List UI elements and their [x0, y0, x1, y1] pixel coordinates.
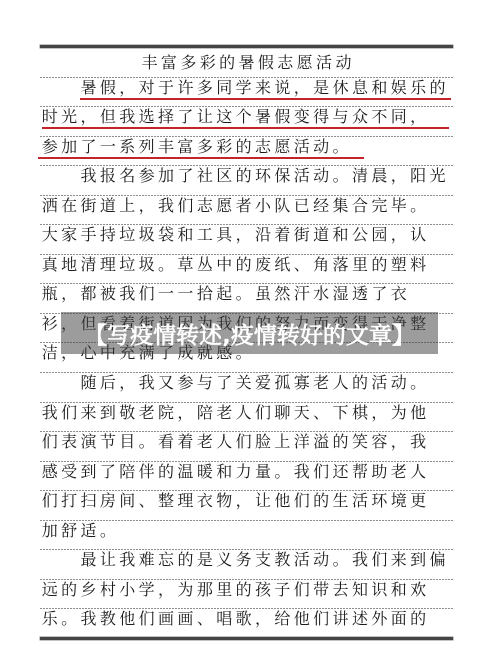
glyph: 助 [370, 462, 389, 482]
glyph: 参 [137, 166, 156, 186]
glyph: 他 [292, 609, 311, 629]
line-text: 参加了一系列丰富多彩的志愿活动。 [40, 137, 350, 157]
glyph: 画 [176, 609, 195, 629]
glyph: 小 [118, 580, 137, 600]
glyph: 着 [176, 432, 195, 452]
glyph: 丛 [195, 255, 214, 275]
glyph: 暑 [253, 107, 272, 127]
text-line: 最让我难忘的是义务支教活动。我们来到偏 [40, 550, 453, 580]
glyph: 目 [118, 432, 137, 452]
glyph: 识 [370, 580, 389, 600]
text-line: 瓶，都被我们一一拾起。虽然汗水湿透了衣 [40, 284, 453, 314]
glyph: 园 [370, 225, 389, 245]
glyph: 动 [311, 166, 330, 186]
glyph: 老 [389, 462, 408, 482]
glyph: 到 [79, 462, 98, 482]
glyph: 。 [156, 255, 175, 275]
glyph: 外 [370, 609, 389, 629]
glyph: 衫 [40, 314, 59, 334]
glyph: 上 [118, 196, 137, 216]
glyph: 和 [389, 580, 408, 600]
glyph: 垃 [118, 225, 137, 245]
glyph: 变 [292, 107, 311, 127]
glyph: 生 [331, 491, 350, 511]
glyph: 我 [79, 609, 98, 629]
glyph: 面 [389, 609, 408, 629]
glyph: 系 [118, 137, 137, 157]
glyph: 丰 [156, 137, 175, 157]
text-line: 我报名参加了社区的环保活动。清晨，阳光 [40, 166, 453, 196]
glyph: 看 [156, 432, 175, 452]
glyph: 垃 [118, 255, 137, 275]
glyph: ， [79, 107, 98, 127]
glyph: 都 [79, 284, 98, 304]
glyph: 们 [311, 462, 330, 482]
red-underline [42, 127, 449, 129]
glyph: 合 [350, 196, 369, 216]
glyph: 来 [389, 550, 408, 570]
glyph: 洋 [292, 432, 311, 452]
line-text: 暑假，对于许多同学来说，是休息和娱乐的 [79, 78, 447, 98]
glyph: 具 [215, 225, 234, 245]
glyph: 理 [176, 491, 195, 511]
glyph: 与 [195, 373, 214, 393]
text-line: 们打扫房间、整理衣物，让他们的生活环境更 [40, 491, 453, 521]
glyph: 加 [40, 521, 59, 541]
glyph: ， [292, 78, 311, 98]
glyph: 让 [253, 491, 272, 511]
glyph: ， [156, 580, 175, 600]
glyph: 小 [253, 196, 272, 216]
glyph: 是 [195, 550, 214, 570]
glyph: 真 [40, 255, 59, 275]
glyph: ， [234, 225, 253, 245]
glyph: 许 [176, 78, 195, 98]
glyph: 我 [292, 462, 311, 482]
glyph: 圾 [137, 225, 156, 245]
glyph: 的 [234, 255, 253, 275]
glyph: 温 [176, 462, 195, 482]
glyph: 角 [311, 255, 330, 275]
glyph: 、 [137, 491, 156, 511]
glyph: 参 [176, 373, 195, 393]
glyph: 了 [215, 373, 234, 393]
text-line: 洒在街道上，我们志愿者小队已经集合完毕。 [40, 196, 453, 226]
glyph: 同 [389, 107, 408, 127]
glyph: 同 [215, 78, 234, 98]
glyph: 务 [234, 550, 253, 570]
glyph: 环 [253, 166, 272, 186]
glyph: 力 [234, 462, 253, 482]
line-text: 我报名参加了社区的环保活动。清晨，阳光 [79, 166, 447, 186]
glyph: 暑 [79, 78, 98, 98]
glyph: 、 [292, 255, 311, 275]
glyph: 个 [234, 107, 253, 127]
headline-text[interactable]: 【写疫情转述,疫情转好的文章】 [84, 317, 415, 350]
glyph: 集 [331, 196, 350, 216]
glyph: 教 [273, 550, 292, 570]
glyph: 暖 [195, 462, 214, 482]
glyph: 量 [253, 462, 272, 482]
glyph: 加 [59, 137, 78, 157]
glyph: 息 [350, 78, 369, 98]
glyph: 落 [331, 255, 350, 275]
line-text: 加舒适。 [40, 521, 118, 541]
text-line: 乐。我教他们画画、唱歌，给他们讲述外面的 [40, 609, 453, 639]
glyph: 忘 [156, 550, 175, 570]
glyph: 的 [370, 255, 389, 275]
glyph: 虽 [253, 284, 272, 304]
glyph: 来 [79, 403, 98, 423]
glyph: 又 [156, 373, 175, 393]
glyph: 一 [176, 284, 195, 304]
text-line: 感受到了陪伴的温暖和力量。我们还帮助老人 [40, 462, 453, 492]
glyph: 子 [273, 580, 292, 600]
glyph: 被 [98, 284, 117, 304]
glyph: 乐 [40, 609, 59, 629]
glyph: 完 [370, 196, 389, 216]
glyph: 说 [273, 78, 292, 98]
glyph: 的 [428, 78, 447, 98]
glyph: 整 [156, 491, 175, 511]
glyph: 让 [195, 107, 214, 127]
glyph: 中 [215, 255, 234, 275]
glyph: 假 [98, 78, 117, 98]
glyph: 表 [59, 432, 78, 452]
glyph: 我 [137, 373, 156, 393]
glyph: 了 [79, 137, 98, 157]
glyph: 瓶 [40, 284, 59, 304]
glyph: 于 [156, 78, 175, 98]
glyph: 乡 [79, 580, 98, 600]
glyph: 学 [137, 580, 156, 600]
glyph: 那 [195, 580, 214, 600]
glyph: 的 [234, 580, 253, 600]
line-text: 们表演节目。看着老人们脸上洋溢的笑容，我 [40, 432, 428, 452]
glyph: 是 [311, 78, 330, 98]
glyph: 欢 [408, 580, 427, 600]
glyph: 我 [79, 166, 98, 186]
glyph: 洁 [40, 343, 59, 363]
glyph: 衣 [389, 284, 408, 304]
glyph: 选 [137, 107, 156, 127]
glyph: 孩 [253, 580, 272, 600]
glyph: 队 [273, 196, 292, 216]
glyph: 道 [98, 196, 117, 216]
glyph: 老 [311, 373, 330, 393]
glyph: 。 [234, 284, 253, 304]
glyph: 一 [156, 284, 175, 304]
glyph: 受 [59, 462, 78, 482]
glyph: 和 [176, 225, 195, 245]
glyph: 的 [156, 462, 175, 482]
article-title: 丰富多彩的暑假志愿活动 [40, 53, 453, 73]
glyph: 老 [195, 432, 214, 452]
glyph: 、 [195, 609, 214, 629]
glyph: 水 [311, 284, 330, 304]
glyph: 里 [350, 255, 369, 275]
glyph: 假 [273, 107, 292, 127]
text-line: 暑假，对于许多同学来说，是休息和娱乐的 [40, 78, 453, 108]
glyph: 偏 [428, 550, 447, 570]
glyph: 演 [79, 432, 98, 452]
glyph: 者 [234, 196, 253, 216]
glyph: 手 [79, 225, 98, 245]
glyph: 的 [331, 432, 350, 452]
glyph: 的 [311, 491, 330, 511]
red-underline [38, 157, 364, 159]
glyph: 废 [253, 255, 272, 275]
glyph: 然 [273, 284, 292, 304]
glyph: 志 [276, 53, 295, 73]
glyph: 关 [234, 373, 253, 393]
glyph: 理 [98, 255, 117, 275]
glyph: 和 [331, 225, 350, 245]
glyph: ， [408, 107, 427, 127]
glyph: 清 [79, 255, 98, 275]
glyph: ， [137, 196, 156, 216]
text-line: 我们来到敬老院，陪老人们聊天、下棋，为他 [40, 403, 453, 433]
glyph: 们 [59, 403, 78, 423]
glyph: 感 [40, 462, 59, 482]
glyph: 容 [370, 432, 389, 452]
glyph: ， [389, 432, 408, 452]
glyph: 。 [331, 550, 350, 570]
glyph: 还 [331, 462, 350, 482]
glyph: 动 [334, 53, 353, 73]
glyph: 们 [292, 491, 311, 511]
glyph: 经 [311, 196, 330, 216]
glyph: 对 [137, 78, 156, 98]
glyph: 脸 [253, 432, 272, 452]
glyph: 让 [98, 550, 117, 570]
glyph: ， [234, 491, 253, 511]
glyph: 人 [215, 432, 234, 452]
glyph: 我 [118, 284, 137, 304]
glyph: 为 [176, 580, 195, 600]
glyph: 暑 [237, 53, 256, 73]
glyph: 院 [156, 403, 175, 423]
glyph: 聊 [273, 403, 292, 423]
glyph: 来 [253, 78, 272, 98]
glyph: 的 [176, 550, 195, 570]
glyph: 知 [350, 580, 369, 600]
glyph: 晨 [370, 166, 389, 186]
glyph: 最 [79, 550, 98, 570]
glyph: 择 [156, 107, 175, 127]
glyph: 寡 [292, 373, 311, 393]
headline-banner[interactable]: 【写疫情转述,疫情转好的文章】 [61, 312, 438, 354]
glyph: 假 [256, 53, 275, 73]
glyph: 带 [311, 580, 330, 600]
glyph: 在 [59, 196, 78, 216]
glyph: 们 [370, 550, 389, 570]
glyph: 我 [118, 550, 137, 570]
glyph: 多 [195, 78, 214, 98]
glyph: 里 [215, 580, 234, 600]
glyph: 唱 [215, 609, 234, 629]
glyph: 阳 [408, 166, 427, 186]
text-line: 远的乡村小学，为那里的孩子们带去知识和欢 [40, 580, 453, 610]
glyph: 。 [59, 609, 78, 629]
glyph: ， [253, 609, 272, 629]
glyph: 活 [292, 550, 311, 570]
glyph: 陪 [195, 403, 214, 423]
glyph: 天 [292, 403, 311, 423]
glyph: 起 [215, 284, 234, 304]
text-line: 大家手持垃圾袋和工具，沿着街道和公园，认 [40, 225, 453, 255]
glyph: 活 [292, 137, 311, 157]
glyph: 大 [40, 225, 59, 245]
glyph: ， [118, 78, 137, 98]
glyph: 敬 [118, 403, 137, 423]
glyph: 的 [59, 580, 78, 600]
glyph: 随 [79, 373, 98, 393]
glyph: 孤 [273, 373, 292, 393]
glyph: 人 [408, 462, 427, 482]
glyph: 上 [273, 432, 292, 452]
glyph: 家 [59, 225, 78, 245]
line-text: 远的乡村小学，为那里的孩子们带去知识和欢 [40, 580, 428, 600]
glyph: ， [370, 403, 389, 423]
glyph: 。 [137, 432, 156, 452]
glyph: 报 [98, 166, 117, 186]
glyph: 袋 [156, 225, 175, 245]
glyph: 。 [408, 196, 427, 216]
glyph: 圾 [137, 255, 156, 275]
glyph: 讲 [331, 609, 350, 629]
glyph: 毕 [389, 196, 408, 216]
glyph: 和 [370, 78, 389, 98]
glyph: 的 [217, 53, 236, 73]
glyph: 他 [118, 609, 137, 629]
glyph: 加 [156, 166, 175, 186]
glyph: 保 [273, 166, 292, 186]
glyph: 陪 [118, 462, 137, 482]
line-text: 真地清理垃圾。草丛中的废纸、角落里的塑料 [40, 255, 428, 275]
line-text: 大家手持垃圾袋和工具，沿着街道和公园，认 [40, 225, 428, 245]
glyph: 画 [156, 609, 175, 629]
glyph: 们 [137, 284, 156, 304]
line-text: 们打扫房间、整理衣物，让他们的生活环境更 [40, 491, 428, 511]
line-text: 洒在街道上，我们志愿者小队已经集合完毕。 [40, 196, 428, 216]
text-line: 加舒适。 [40, 521, 453, 551]
glyph: 人 [234, 403, 253, 423]
line-text: 时光，但我选择了让这个暑假变得与众不同， [40, 107, 428, 127]
glyph: 愿 [295, 53, 314, 73]
glyph: 境 [389, 491, 408, 511]
glyph: 我 [350, 550, 369, 570]
glyph: 活 [350, 491, 369, 511]
glyph: 他 [273, 491, 292, 511]
glyph: ， [59, 284, 78, 304]
glyph: 打 [59, 491, 78, 511]
glyph: 。 [331, 137, 350, 157]
glyph: 活 [314, 53, 333, 73]
glyph: 和 [215, 462, 234, 482]
glyph: 他 [408, 403, 427, 423]
glyph: 街 [292, 225, 311, 245]
glyph: 一 [98, 137, 117, 157]
glyph: 志 [195, 196, 214, 216]
text-line: 参加了一系列丰富多彩的志愿活动。 [40, 137, 453, 167]
glyph: 了 [176, 166, 195, 186]
glyph: ， [176, 403, 195, 423]
glyph: 公 [350, 225, 369, 245]
glyph: 区 [215, 166, 234, 186]
glyph: 动 [311, 550, 330, 570]
glyph: 的 [234, 166, 253, 186]
glyph: 教 [98, 609, 117, 629]
glyph: 学 [234, 78, 253, 98]
glyph: 透 [350, 284, 369, 304]
glyph: 们 [40, 432, 59, 452]
glyph: 汗 [292, 284, 311, 304]
glyph: 支 [253, 550, 272, 570]
glyph: 动 [389, 373, 408, 393]
glyph: 更 [408, 491, 427, 511]
glyph: 丰 [140, 53, 159, 73]
line-text: 随后，我又参与了关爱孤寡老人的活动。 [79, 373, 428, 393]
glyph: 扫 [79, 491, 98, 511]
glyph: 们 [234, 432, 253, 452]
text-line: 时光，但我选择了让这个暑假变得与众不同， [40, 107, 453, 137]
glyph: 歌 [234, 609, 253, 629]
line-text: 乐。我教他们画画、唱歌，给他们讲述外面的 [40, 609, 428, 629]
glyph: 们 [176, 196, 195, 216]
glyph: 志 [253, 137, 272, 157]
glyph: 伴 [137, 462, 156, 482]
glyph: 与 [331, 107, 350, 127]
line-text: 感受到了陪伴的温暖和力量。我们还帮助老人 [40, 462, 428, 482]
glyph: 光 [428, 166, 447, 186]
glyph: 人 [331, 373, 350, 393]
glyph: 。 [98, 521, 117, 541]
glyph: 清 [350, 166, 369, 186]
glyph: 。 [408, 373, 427, 393]
glyph: 工 [195, 225, 214, 245]
glyph: 的 [408, 609, 427, 629]
glyph: 众 [350, 107, 369, 127]
glyph: 休 [331, 78, 350, 98]
glyph: 愿 [215, 196, 234, 216]
text-line: 们表演节目。看着老人们脸上洋溢的笑容，我 [40, 432, 453, 462]
glyph: 这 [215, 107, 234, 127]
glyph: 远 [40, 580, 59, 600]
glyph: 义 [215, 550, 234, 570]
glyph: 持 [98, 225, 117, 245]
glyph: 得 [311, 107, 330, 127]
glyph: 街 [79, 196, 98, 216]
glyph: 彩 [198, 53, 217, 73]
line-text: 最让我难忘的是义务支教活动。我们来到偏 [79, 550, 447, 570]
glyph: 的 [350, 373, 369, 393]
glyph: 到 [408, 550, 427, 570]
glyph: 已 [292, 196, 311, 216]
glyph: 认 [408, 225, 427, 245]
line-text: 瓶，都被我们一一拾起。虽然汗水湿透了衣 [40, 284, 408, 304]
glyph: 爱 [253, 373, 272, 393]
glyph: 富 [159, 53, 178, 73]
glyph: 们 [253, 403, 272, 423]
glyph: 但 [98, 107, 117, 127]
glyph: 的 [234, 137, 253, 157]
glyph: 们 [40, 491, 59, 511]
glyph: 衣 [195, 491, 214, 511]
glyph: 节 [98, 432, 117, 452]
glyph: 到 [98, 403, 117, 423]
glyph: 了 [370, 284, 389, 304]
